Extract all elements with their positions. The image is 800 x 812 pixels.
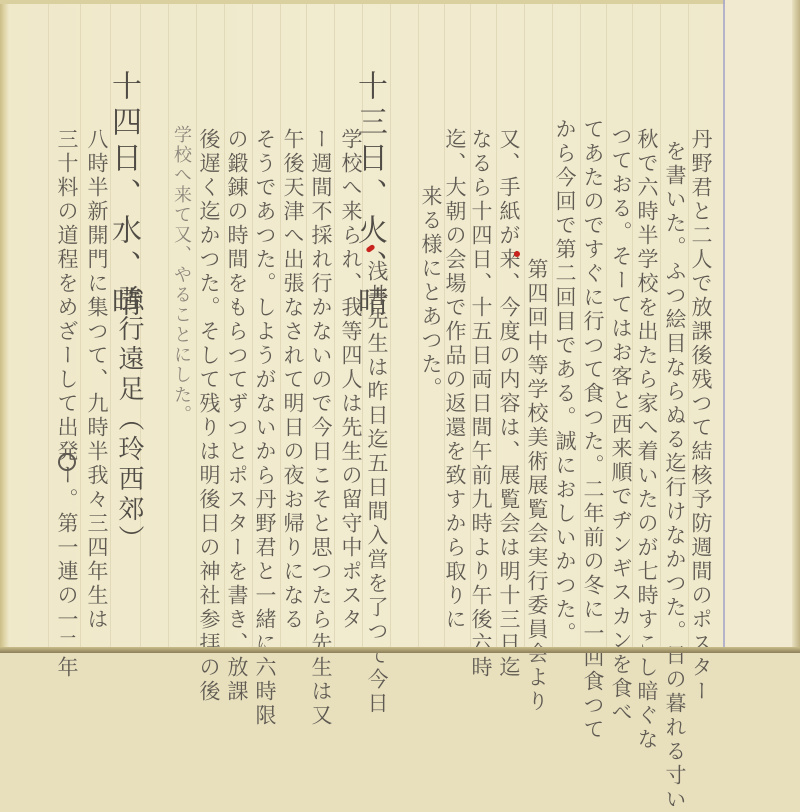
text-column: の鍛錬の時間をもらつてずつとポスターを書き、放課 <box>224 128 250 653</box>
circled-mark <box>58 453 76 471</box>
red-dot-mark <box>514 251 520 257</box>
ruled-line <box>306 4 307 647</box>
text-column: 第四回中等学校美術展覧会実行委員会より <box>524 258 550 653</box>
text-column: なるら十四日、十五日両日間午前九時より午後六時 <box>468 128 494 653</box>
text-column: 八時半新開門に集つて、九時半我々三四年生は <box>84 128 110 632</box>
text-column: 又、手紙が来、今度の内容は、展覧会は明十三日迄 <box>496 128 522 653</box>
page-top-edge <box>0 0 800 4</box>
ruled-line <box>334 4 335 647</box>
text-column: 来る様にとあつた。 <box>418 185 444 401</box>
text-column: 午後天津へ出張なされて明日の夜お帰りになる <box>280 128 306 632</box>
entry-subheading: 強行遠足（玲西郊） <box>116 285 142 555</box>
ruled-line <box>660 4 661 647</box>
text-column: つておる。そーてはお客と西来順でヂンギスカンを食べ <box>608 125 634 653</box>
ruled-line <box>80 4 81 647</box>
text-column: を書いた。ふつ絵目ならぬる迄行けなかつた。日の暮れる寸い <box>662 140 688 653</box>
right-margin-area <box>725 0 800 647</box>
margin-rule-line <box>723 0 725 647</box>
text-column: 後遅く迄かつた。そして残りは明後日の神社参拝の後 <box>196 128 222 653</box>
text-column: ー週間不採れ行かないので今日こそと思つたら先生は又 <box>308 128 334 653</box>
notebook-page: 丹野君と二人で放課後残つて結核予防週間のポスター を書いた。ふつ絵目ならぬる迄行… <box>0 0 800 653</box>
text-column: 丹野君と二人で放課後残つて結核予防週間のポスター <box>688 128 714 653</box>
ruled-line <box>390 4 391 647</box>
page-bottom-edge <box>0 647 800 653</box>
page-right-edge <box>792 0 800 653</box>
text-column: から今回で第二回目である。誠におしいかつた。 <box>552 118 578 646</box>
ruled-line <box>48 4 49 647</box>
text-column: てあたのですぐに行つて食つた。二年前の冬に一回食つて <box>580 118 606 653</box>
ruled-line <box>606 4 607 647</box>
text-column: 浅井先生は昨日迄五日間入営を了つて今日 <box>364 260 390 653</box>
text-column: 迄、大朝の会場で作品の返還を致すから取りに <box>442 128 468 632</box>
text-column: 学校へ来て又、やることにした。 <box>168 125 194 425</box>
text-column: 学校へ来られ、我等四人は先生の留守中ポスタ <box>338 128 364 632</box>
text-column: 三十料の道程をめざーして出発ー。第一連の一二年 <box>54 128 80 653</box>
text-column: そうであつた。しようがないから丹野君と一緒に六時限 <box>252 128 278 653</box>
text-column: 秋で六時半学校を出たら家へ着いたのが七時すこし暗ぐな <box>634 128 660 653</box>
